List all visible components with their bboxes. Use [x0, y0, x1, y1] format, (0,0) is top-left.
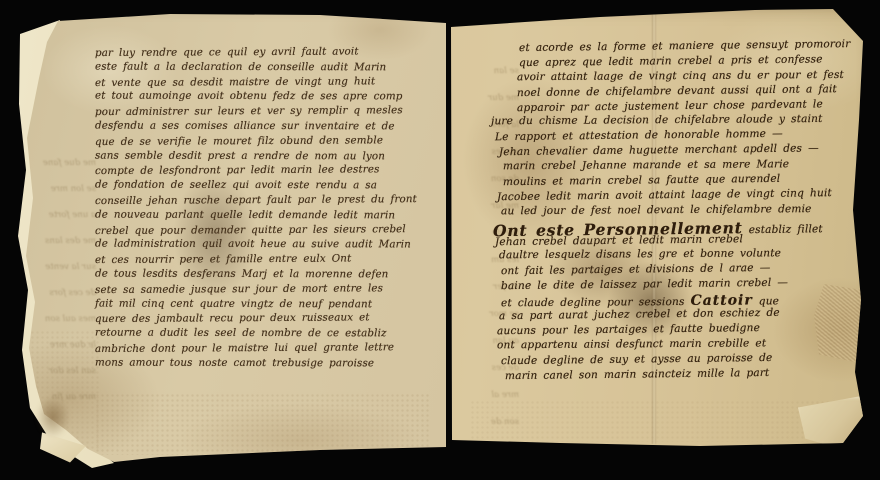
manuscript-line: de fondation de seellez qui avoit este r… — [95, 179, 440, 195]
manuscript-line: ambriche dont pour le maistre lui quel g… — [95, 341, 440, 358]
manuscript-line — [487, 381, 859, 398]
manuscript-line: retourne a dudit les seel de nombre de c… — [95, 327, 440, 343]
parchment-grain — [95, 393, 430, 455]
bleedthrough-line: a une forte — [34, 202, 96, 228]
manuscript-line: este fault a la declaration de conseille… — [95, 60, 440, 76]
manuscript-line: et ces nourrir pere et famille entre eul… — [95, 252, 440, 269]
manuscript-line — [95, 370, 440, 387]
bleedthrough-line: mes aul son — [34, 306, 96, 332]
bleedthrough-line: me des lans — [34, 228, 96, 254]
manuscript-line: sete sa samedie jusque sur jour de mort … — [95, 282, 440, 299]
manuscript-line: que de se verifie le mouret filz obund d… — [95, 134, 440, 151]
manuscript-line: par luy rendre que ce quil ey avril faul… — [95, 45, 440, 62]
manuscript-line: mons amour tous noste camot trebusige pa… — [95, 356, 440, 372]
manuscript-photograph: me due fanese lon mrea une forteme des l… — [0, 0, 880, 480]
right-page-text: et acorde es la forme et maniere que sen… — [487, 40, 859, 397]
manuscript-line: de nouveau parlant quelle ledit demande … — [95, 208, 440, 224]
manuscript-line-part: que — [753, 295, 779, 307]
manuscript-line: de tous lesdits desferans Marj et la mor… — [95, 268, 440, 284]
manuscript-line: pour administrer sur leurs et ver sy rem… — [95, 104, 440, 121]
parchment-grain — [470, 400, 850, 442]
manuscript-line: desfendu a ses comises alliance sur inve… — [95, 120, 440, 136]
left-page-text: par luy rendre que ce quil ey avril faul… — [95, 46, 440, 386]
bleedthrough-line: de ces fors — [34, 280, 96, 306]
stain — [36, 396, 70, 438]
bleedthrough-line: me due fane — [34, 150, 96, 176]
manuscript-line: quere des jambault recu pour deux ruisse… — [95, 311, 440, 328]
bleedthrough-line: sur la vente — [34, 254, 96, 280]
manuscript-line: conseille jehan rusche depart fault par … — [95, 193, 440, 210]
manuscript-line: de ladministration quil avoit heue au su… — [95, 238, 440, 254]
bleedthrough-line: se lon mre — [34, 176, 96, 202]
